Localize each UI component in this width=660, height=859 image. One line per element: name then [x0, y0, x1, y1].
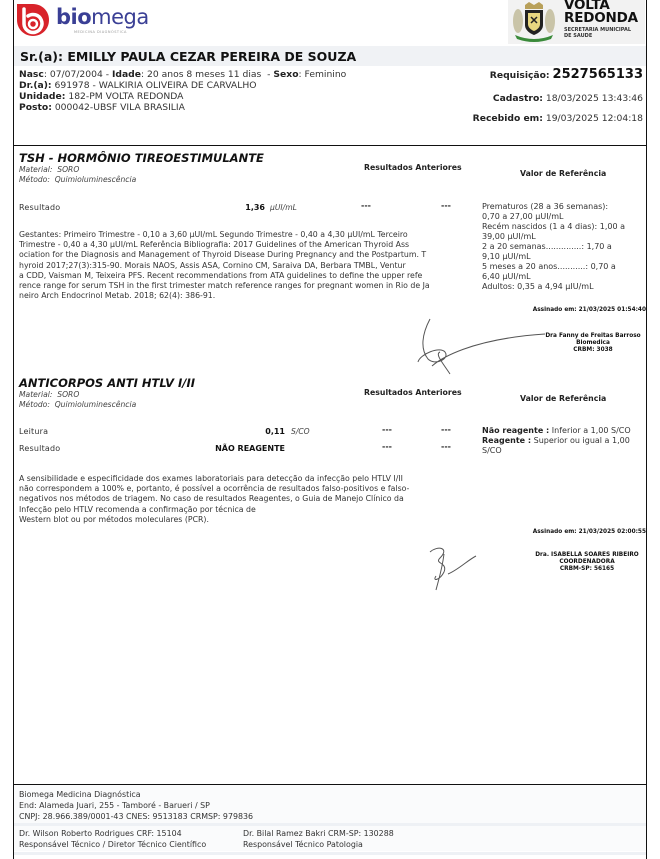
- patient-name: Sr.(a): EMILLY PAULA CEZAR PEREIRA DE SO…: [20, 49, 356, 64]
- text-line: negativos nos métodos de triagem. No cas…: [19, 494, 404, 503]
- partner-subtitle: SECRETARIA MUNICIPALDE SAUDE: [564, 27, 631, 39]
- text-line: Recém nascidos (1 a 4 dias): 1,00 a: [482, 222, 625, 231]
- prev-result-1: ---: [382, 425, 392, 434]
- text-line: Infecção pelo HTLV recomenda a confirmaç…: [19, 505, 256, 514]
- prev-results-header: Resultados Anteriores: [364, 388, 462, 397]
- prev-result-1: ---: [361, 201, 371, 210]
- footer-tech-2: Dr. Bilal Ramez Bakri CRM-SP: 130288Resp…: [243, 828, 394, 850]
- result-unit: µUI/mL: [270, 203, 297, 212]
- signer-htlv: Dra. ISABELLA SOARES RIBEIROCOORDENADORA…: [528, 552, 646, 572]
- signature-isabella-icon: [420, 540, 480, 595]
- reference-values-htlv: Não reagente : Inferior a 1,00 S/CO Reag…: [482, 426, 644, 456]
- reference-header: Valor de Referência: [520, 169, 606, 178]
- text-line: neiro Arch Endocrinol Metab. 2018; 62(4)…: [19, 291, 215, 300]
- signed-at-htlv: Assinado em: 21/03/2025 02:00:55: [533, 529, 646, 535]
- result-label: Resultado: [19, 203, 60, 212]
- exam-meta-tsh: Material: SORO Método: Quimioluminescênc…: [19, 165, 136, 184]
- footer-separator: [14, 852, 646, 855]
- request-cadastro: Cadastro: 18/03/2025 13:43:46: [493, 93, 643, 104]
- text-line: Trimestre - 0,40 a 4,30 µUI/mL Referênci…: [19, 240, 409, 249]
- text-line: Western blot ou por métodos moleculares …: [19, 515, 209, 524]
- result-value: 1,36: [200, 203, 265, 212]
- request-number: Requisição: 2527565133: [490, 67, 643, 82]
- patient-birth-age-sex: Nasc: 07/07/2004 - Idade: 20 anos 8 mese…: [19, 69, 346, 80]
- section-divider: [14, 145, 646, 146]
- text-line: Prematuros (28 a 36 semanas):: [482, 202, 608, 211]
- biomega-logo: biomega MEDICINA DIAGNÓSTICA: [16, 3, 146, 43]
- partner-title: VOLTAREDONDA: [564, 0, 638, 25]
- text-line: 2 a 20 semanas..............: 1,70 a: [482, 242, 612, 251]
- request-received: Recebido em: 19/03/2025 12:04:18: [473, 113, 643, 124]
- text-line: hyroid 2017;27(3):315-90. Morais NAOS, A…: [19, 261, 406, 270]
- brand-name: biomega: [56, 5, 149, 29]
- exam-title-htlv: ANTICORPOS ANTI HTLV I/II: [19, 376, 195, 390]
- biomega-mark-icon: [16, 3, 50, 37]
- reference-values-tsh: Prematuros (28 a 36 semanas):0,70 a 27,0…: [482, 202, 644, 292]
- brand-tagline: MEDICINA DIAGNÓSTICA: [74, 30, 127, 34]
- text-line: ociation for the Diagnosis and Managemen…: [19, 250, 426, 259]
- prev-result-2: ---: [441, 425, 451, 434]
- prev-results-header: Resultados Anteriores: [364, 163, 462, 172]
- text-line: Gestantes: Primeiro Trimestre - 0,10 a 3…: [19, 230, 408, 239]
- reading-value: 0,11: [220, 427, 285, 436]
- result-value: NÃO REAGENTE: [190, 444, 285, 453]
- signer-tsh: Dra Fanny de Freitas BarrosoBiomedicaCRB…: [540, 333, 646, 353]
- text-line: 39,00 µUI/mL: [482, 232, 536, 241]
- text-line: 0,70 a 27,00 µUI/mL: [482, 212, 564, 221]
- footer-tech-1: Dr. Wilson Roberto Rodrigues CRF: 15104R…: [19, 828, 206, 850]
- text-line: 9,10 µUI/mL: [482, 252, 531, 261]
- reading-unit: S/CO: [291, 427, 310, 436]
- exam-note-tsh: Gestantes: Primeiro Trimestre - 0,10 a 3…: [19, 230, 430, 301]
- patient-post: Posto: 000042-UBSF VILA BRASILIA: [19, 102, 185, 113]
- text-line: rence range for serum TSH in the first t…: [19, 281, 430, 290]
- exam-note-htlv: A sensibilidade e especificidade dos exa…: [19, 474, 409, 525]
- coat-of-arms-icon: [511, 1, 557, 43]
- text-line: 5 meses a 20 anos...........: 0,70 a: [482, 262, 616, 271]
- signature-fanny-icon: [410, 314, 550, 379]
- prev-result-2: ---: [441, 442, 451, 451]
- exam-title-tsh: TSH - HORMÔNIO TIREOESTIMULANTE: [19, 151, 264, 165]
- text-line: A sensibilidade e especificidade dos exa…: [19, 474, 403, 483]
- text-line: a CDD, Vaisman M, Teixeira PFS. Recent r…: [19, 271, 422, 280]
- result-label: Resultado: [19, 444, 60, 453]
- footer-company: Biomega Medicina Diagnóstica End: Alamed…: [19, 789, 253, 822]
- patient-unit: Unidade: 182-PM VOLTA REDONDA: [19, 91, 183, 102]
- prev-result-1: ---: [382, 442, 392, 451]
- volta-redonda-logo: VOLTAREDONDA SECRETARIA MUNICIPALDE SAUD…: [508, 0, 645, 44]
- text-line: 6,40 µUI/mL: [482, 272, 531, 281]
- exam-meta-htlv: Material: SORO Método: Quimioluminescênc…: [19, 390, 136, 409]
- reading-label: Leitura: [19, 427, 48, 436]
- patient-doctor: Dr.(a): 691978 - WALKIRIA OLIVEIRA DE CA…: [19, 80, 256, 91]
- signed-at-tsh: Assinado em: 21/03/2025 01:54:40: [533, 307, 646, 313]
- text-line: não correspondem a 100% e, portanto, é p…: [19, 484, 409, 493]
- text-line: Adultos: 0,35 a 4,94 µIU/mL: [482, 282, 594, 291]
- prev-result-2: ---: [441, 201, 451, 210]
- reference-header: Valor de Referência: [520, 394, 606, 403]
